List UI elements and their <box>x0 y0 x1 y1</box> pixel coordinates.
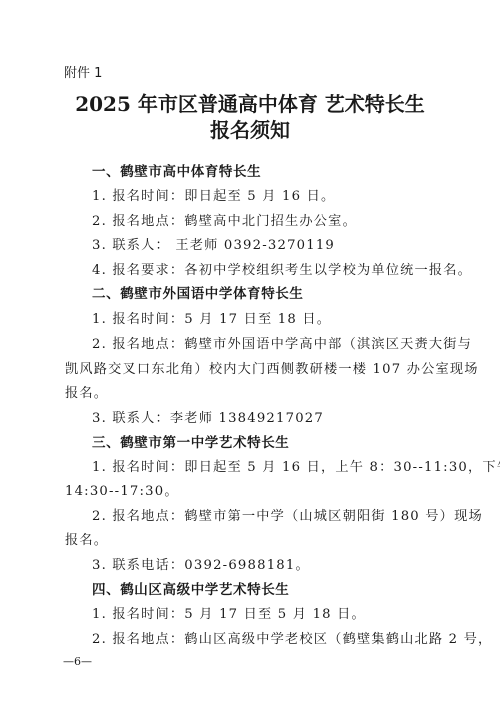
section-heading-2: 二、鹤壁市外国语中学体育特长生 <box>92 286 304 302</box>
section-4-line-2: 2. 报名地点：鹤山区高级中学老校区（鹤壁集鹤山北路 2 号， <box>92 632 492 648</box>
section-heading-1: 一、鹤壁市高中体育特长生 <box>92 164 261 180</box>
section-1-line-3: 3. 联系人： 王老师 0392-3270119 <box>92 238 335 254</box>
page-number: —6— <box>63 655 92 668</box>
section-1-line-4: 4. 报名要求：各初中学校组织考生以学校为单位统一报名。 <box>92 263 472 279</box>
section-heading-3: 三、鹤壁市第一中学艺术特长生 <box>92 435 289 451</box>
section-3-line-4: 报名。 <box>65 533 108 549</box>
section-3-line-3: 2. 报名地点：鹤壁市第一中学（山城区朝阳街 180 号）现场 <box>92 509 483 525</box>
section-2-line-5: 3. 联系人：李老师 13849217027 <box>92 411 324 427</box>
section-2-line-3: 凯风路交叉口东北角）校内大门西侧教研楼一楼 107 办公室现场 <box>65 362 479 378</box>
section-heading-4: 四、鹤山区高级中学艺术特长生 <box>92 582 289 598</box>
section-2-line-2: 2. 报名地点：鹤壁市外国语中学高中部（淇滨区天赉大街与 <box>92 337 472 353</box>
section-3-line-1: 1. 报名时间：即日起至 5 月 16 日，上午 8：30--11:30，下午 <box>92 460 500 476</box>
section-1-line-2: 2. 报名地点：鹤壁高中北门招生办公室。 <box>92 214 357 230</box>
document-title-line-1: 2025 年市区普通高中体育 艺术特长生 <box>0 88 500 117</box>
section-1-line-1: 1. 报名时间：即日起至 5 月 16 日。 <box>92 189 335 205</box>
section-4-line-1: 1. 报名时间：5 月 17 日至 5 月 18 日。 <box>92 607 366 623</box>
section-2-line-4: 报名。 <box>65 386 108 402</box>
section-2-line-1: 1. 报名时间：5 月 17 日至 18 日。 <box>92 312 331 328</box>
document-page: 附件 1 2025 年市区普通高中体育 艺术特长生 报名须知 一、鹤壁市高中体育… <box>0 0 500 707</box>
section-3-line-2: 14:30--17:30。 <box>65 484 179 500</box>
attachment-label: 附件 1 <box>64 62 102 81</box>
section-3-line-5: 3. 联系电话：0392-6988181。 <box>92 558 310 574</box>
document-title-line-2: 报名须知 <box>0 114 500 143</box>
